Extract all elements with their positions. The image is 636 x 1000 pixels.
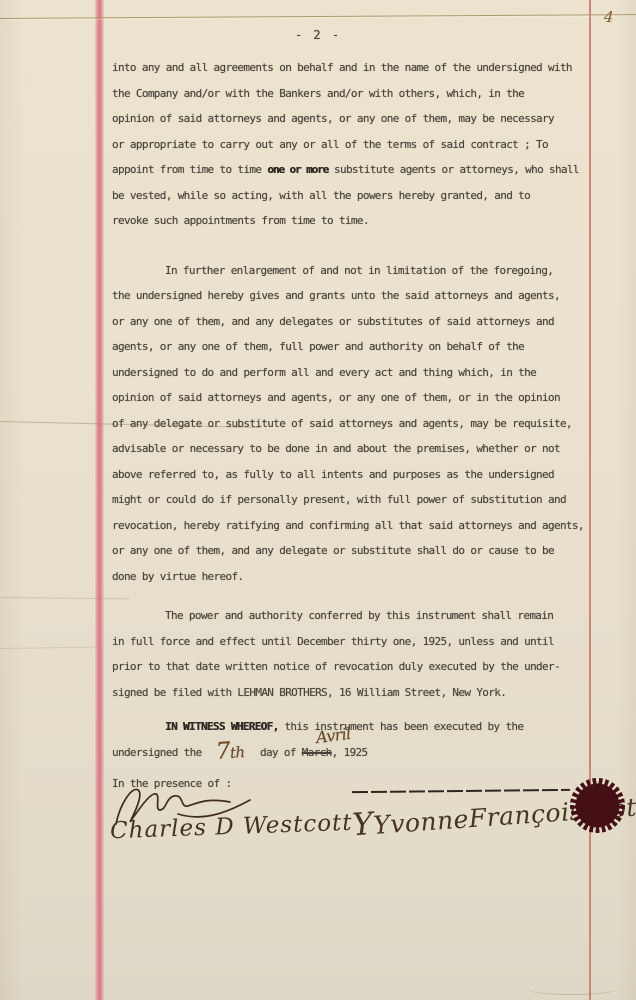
signature-middle-name: François (468, 796, 584, 833)
signature-first-name: Yvonne (372, 804, 469, 840)
text-line: the Company and/or with the Bankers and/… (112, 81, 594, 107)
line-text: substitute agents or attorneys, who shal… (328, 163, 579, 176)
left-margin-rule (95, 0, 104, 1000)
fold-crease-bottom (528, 984, 616, 995)
handwritten-month: Avril (314, 720, 351, 750)
text-line: be vested, while so acting, with all the… (112, 183, 594, 209)
page-number: - 2 - (0, 28, 636, 42)
text-line: revoke such appointments from time to ti… (112, 208, 594, 234)
date-line: undersigned the7thday of MarchAvril, 192… (112, 740, 594, 766)
page-corner-annotation: 4 (603, 8, 614, 27)
text-line: opinion of said attorneys and agents, or… (112, 106, 594, 132)
paragraph-lines: be vested, while so acting, with all the… (112, 183, 594, 234)
text-line: revocation, hereby ratifying and confirm… (112, 513, 594, 539)
text-line: The power and authority conferred by thi… (112, 603, 594, 629)
day-ordinal-suffix: th (229, 743, 245, 762)
date-middle: day of (260, 746, 302, 759)
paragraph-lines: into any and all agreements on behalf an… (112, 55, 594, 157)
text-line: or appropriate to carry out any or all o… (112, 132, 594, 158)
signature-initial: Y (351, 806, 374, 843)
fold-crease-lower-2 (0, 647, 100, 649)
in-witness-whereof: IN WITNESS WHEREOF, (165, 720, 278, 733)
text-line: or any one of them, and any delegates or… (112, 309, 594, 335)
paragraph-enlargement: In further enlargement of and not in lim… (112, 258, 594, 590)
text-line: done by virtue hereof. (112, 564, 594, 590)
wax-seal (570, 778, 625, 833)
text-line: In further enlargement of and not in lim… (112, 258, 594, 284)
text-line: above referred to, as fully to all inten… (112, 462, 594, 488)
paragraph-agreements: into any and all agreements on behalf an… (112, 55, 594, 234)
text-line: might or could do if personally present,… (112, 487, 594, 513)
text-line: prior to that date written notice of rev… (112, 654, 594, 680)
text-line: signed be filed with LEHMAN BROTHERS, 16… (112, 680, 594, 706)
witness-clause-line: IN WITNESS WHEREOF, this instrument has … (112, 714, 594, 740)
fold-crease-lower (0, 597, 130, 599)
text-line: opinion of said attorneys and agents, or… (112, 385, 594, 411)
line-text: appoint from time to time (112, 163, 267, 176)
paragraph-lines: The power and authority conferred by thi… (112, 603, 594, 705)
text-line: agents, or any one of them, full power a… (112, 334, 594, 360)
text-line: or any one of them, and any delegate or … (112, 538, 594, 564)
paragraph-lines: In further enlargement of and not in lim… (112, 258, 594, 590)
text-line: the undersigned hereby gives and grants … (112, 283, 594, 309)
text-line: advisable or necessary to be done in and… (112, 436, 594, 462)
text-line: of any delegate or substitute of said at… (112, 411, 594, 437)
typewritten-body: into any and all agreements on behalf an… (112, 55, 594, 797)
date-prefix: undersigned the (112, 746, 202, 759)
text-line: undersigned to do and perform all and ev… (112, 360, 594, 386)
text-line: into any and all agreements on behalf an… (112, 55, 594, 81)
month-correction: MarchAvril (302, 740, 332, 766)
text-line: in full force and effect until December … (112, 629, 594, 655)
paragraph-duration: The power and authority conferred by thi… (112, 603, 594, 705)
paragraph-line-overstrike: appoint from time to time one or more su… (112, 157, 594, 183)
day-numeral: 7 (215, 738, 231, 765)
overstruck-insertion: one or more (267, 163, 328, 176)
handwritten-day: 7th (215, 745, 244, 759)
document-page: 4 - 2 - into any and all agreements on b… (0, 0, 636, 1000)
